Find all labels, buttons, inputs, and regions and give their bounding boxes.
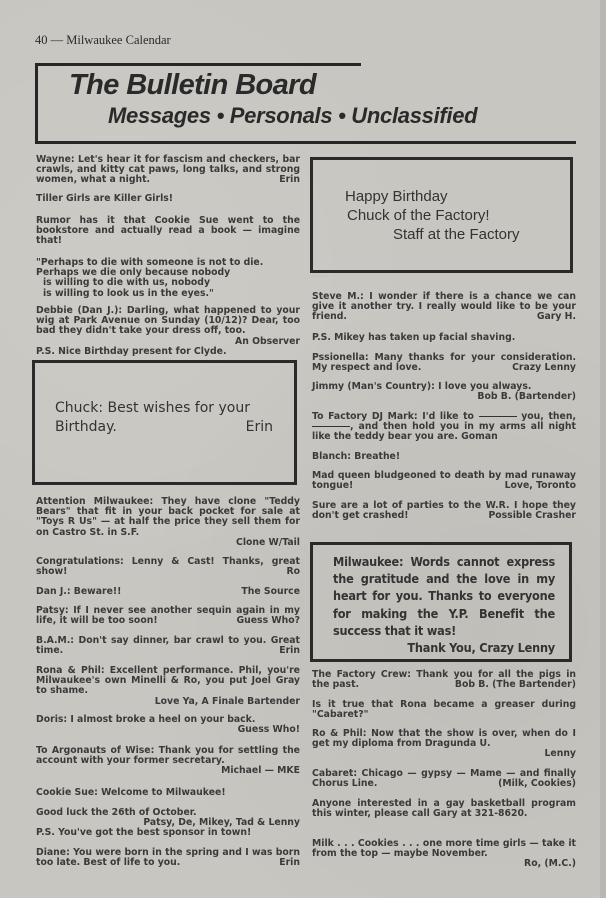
ad-text: To Argonauts of Wise: Thank you for sett… bbox=[36, 745, 300, 766]
boxed-ad-signature: Erin bbox=[246, 418, 273, 437]
classified-ad: Good luck the 26th of October. Patsy, De… bbox=[36, 808, 300, 839]
classified-ad: Ro & Phil: Now that the show is over, wh… bbox=[312, 729, 576, 760]
classified-ad: Sure are a lot of parties to the W.R. I … bbox=[312, 501, 576, 521]
ad-text: Dan J.: Beware!! bbox=[36, 586, 121, 597]
classified-ad: Rona & Phil: Excellent performance. Phil… bbox=[36, 666, 300, 707]
ad-text: Is it true that Rona became a greaser du… bbox=[312, 699, 576, 720]
ad-signature: Ro, (M.C.) bbox=[312, 859, 576, 869]
ad-signature: Goman bbox=[461, 431, 498, 442]
classified-ad: Doris: I almost broke a heel on your bac… bbox=[36, 715, 300, 735]
ad-text: Ro & Phil: Now that the show is over, wh… bbox=[312, 728, 576, 749]
classified-ad: The Factory Crew: Thank you for all the … bbox=[312, 670, 576, 690]
poem-line: is willing to look us in the eyes." bbox=[36, 289, 300, 299]
boxed-ad-factory: Happy Birthday Chuck of the Factory! Sta… bbox=[310, 157, 573, 273]
boxed-ad-chuck: Chuck: Best wishes for your Birthday. Er… bbox=[32, 360, 297, 485]
classified-ad: Tiller Girls are Killer Girls! bbox=[36, 194, 300, 204]
ad-text: Doris: I almost broke a heel on your bac… bbox=[36, 714, 255, 725]
ad-text: Diane: You were born in the spring and I… bbox=[36, 847, 300, 868]
classified-ad: Patsy: If I never see another sequin aga… bbox=[36, 606, 300, 626]
boxed-ad-signature: Thank You, Crazy Lenny bbox=[333, 639, 555, 656]
classified-ad: To Factory DJ Mark: I'd like to you, the… bbox=[312, 412, 576, 443]
ad-postscript: P.S. Nice Birthday present for Clyde. bbox=[36, 347, 300, 357]
ad-text: Milk . . . Cookies . . . one more time g… bbox=[312, 838, 576, 859]
ad-text: Blanch: Breathe! bbox=[312, 451, 400, 462]
classified-ad: Dan J.: Beware!! The Source bbox=[36, 587, 300, 597]
boxed-ad-lenny: Milwaukee: Words cannot express the grat… bbox=[310, 542, 572, 662]
classified-ad: B.A.M.: Don't say dinner, bar crawl to y… bbox=[36, 636, 300, 656]
classified-ad: Cabaret: Chicago — gypsy — Mame — and fi… bbox=[312, 769, 576, 789]
classified-ad: Steve M.: I wonder if there is a chance … bbox=[312, 292, 576, 323]
ad-signature: Love, Toronto bbox=[505, 481, 576, 491]
classified-ad: To Argonauts of Wise: Thank you for sett… bbox=[36, 746, 300, 777]
page-folio: 40 — Milwaukee Calendar bbox=[35, 33, 171, 48]
classified-ad: Mad queen bludgeoned to death by mad run… bbox=[312, 471, 576, 491]
ad-signature: Bob B. (Bartender) bbox=[312, 392, 576, 402]
ad-signature: Erin bbox=[279, 175, 300, 185]
classified-ad: Wayne: Let's hear it for fascism and che… bbox=[36, 155, 300, 186]
masthead-rule-left bbox=[35, 63, 38, 143]
section-title: The Bulletin Board bbox=[69, 69, 316, 102]
ad-signature: An Observer bbox=[235, 337, 300, 347]
ad-signature: Bob B. (The Bartender) bbox=[455, 680, 576, 690]
ad-text: Congratulations: Lenny & Cast! Thanks, g… bbox=[36, 556, 300, 577]
page-edge bbox=[600, 0, 606, 898]
ad-text: P.S. Mikey has taken up facial shaving. bbox=[312, 332, 515, 343]
ad-signature: Ro bbox=[286, 567, 300, 577]
ad-text: B.A.M.: Don't say dinner, bar crawl to y… bbox=[36, 635, 300, 656]
classified-ad: Jimmy (Man's Country): I love you always… bbox=[312, 382, 576, 402]
ad-text: Cookie Sue: Welcome to Milwaukee! bbox=[36, 787, 226, 798]
ad-text: Rona & Phil: Excellent performance. Phil… bbox=[36, 665, 300, 696]
classified-ad: Diane: You were born in the spring and I… bbox=[36, 848, 300, 868]
ad-text: Debbie (Dan J.): Darling, what happened … bbox=[36, 305, 300, 336]
ad-signature: (Milk, Cookies) bbox=[498, 779, 576, 789]
poem-quote: "Perhaps to die with someone is not to d… bbox=[36, 258, 300, 299]
boxed-ad-line: Chuck of the Factory! bbox=[347, 207, 490, 224]
classified-ad: Attention Milwaukee: They have clone "Te… bbox=[36, 497, 300, 548]
ad-signature: Guess Who? bbox=[236, 616, 300, 626]
ad-signature: Clone W/Tail bbox=[36, 538, 300, 548]
ad-signature: Gary H. bbox=[537, 312, 576, 322]
ad-signature: Erin bbox=[279, 858, 300, 868]
classified-ad: Rumor has it that Cookie Sue went to the… bbox=[36, 216, 300, 247]
boxed-ad-line: Happy Birthday bbox=[345, 188, 448, 205]
classified-ad: Debbie (Dan J.): Darling, what happened … bbox=[36, 306, 300, 357]
boxed-ad-text: Chuck: Best wishes for your Birthday. Er… bbox=[55, 399, 273, 437]
classified-ad: Is it true that Rona became a greaser du… bbox=[312, 700, 576, 720]
classified-ad: Milk . . . Cookies . . . one more time g… bbox=[312, 839, 576, 870]
classified-ad: P.S. Mikey has taken up facial shaving. bbox=[312, 333, 576, 343]
boxed-ad-text: Milwaukee: Words cannot express the grat… bbox=[333, 553, 555, 656]
ad-signature: Guess Who! bbox=[36, 725, 300, 735]
classified-ad: Pssionella: Many thanks for your conside… bbox=[312, 353, 576, 373]
ad-postscript: P.S. You've got the best sponsor in town… bbox=[36, 828, 300, 838]
classified-ad: Anyone interested in a gay basketball pr… bbox=[312, 799, 576, 819]
classified-ad: Blanch: Breathe! bbox=[312, 452, 576, 462]
ad-signature: Michael — MKE bbox=[36, 766, 300, 776]
ad-text: Anyone interested in a gay basketball pr… bbox=[312, 798, 576, 819]
ad-signature: Possible Crasher bbox=[488, 511, 576, 521]
boxed-ad-message: Chuck: Best wishes for your Birthday. bbox=[55, 400, 250, 435]
ad-text: Wayne: Let's hear it for fascism and che… bbox=[36, 154, 300, 185]
classified-ad: Cookie Sue: Welcome to Milwaukee! bbox=[36, 788, 300, 798]
ad-text: Rumor has it that Cookie Sue went to the… bbox=[36, 215, 300, 246]
masthead-rule-top bbox=[35, 63, 361, 66]
ad-text: , and then hold you in my arms all night… bbox=[312, 421, 576, 442]
classified-ad: Congratulations: Lenny & Cast! Thanks, g… bbox=[36, 557, 300, 577]
boxed-ad-signature: Staff at the Factory bbox=[393, 226, 519, 243]
ad-text: Attention Milwaukee: They have clone "Te… bbox=[36, 496, 300, 538]
boxed-ad-message: Milwaukee: Words cannot express the grat… bbox=[333, 554, 555, 638]
ad-signature: Love Ya, A Finale Bartender bbox=[36, 697, 300, 707]
ad-signature: Erin bbox=[279, 646, 300, 656]
censored-blank bbox=[312, 426, 350, 427]
ad-signature: The Source bbox=[241, 587, 300, 597]
masthead-rule-bottom bbox=[35, 141, 576, 144]
ad-signature: Lenny bbox=[312, 749, 576, 759]
ad-signature: Crazy Lenny bbox=[512, 363, 576, 373]
censored-blank bbox=[479, 416, 517, 417]
ad-text: Tiller Girls are Killer Girls! bbox=[36, 193, 173, 204]
section-subtitle: Messages • Personals • Unclassified bbox=[108, 103, 477, 129]
